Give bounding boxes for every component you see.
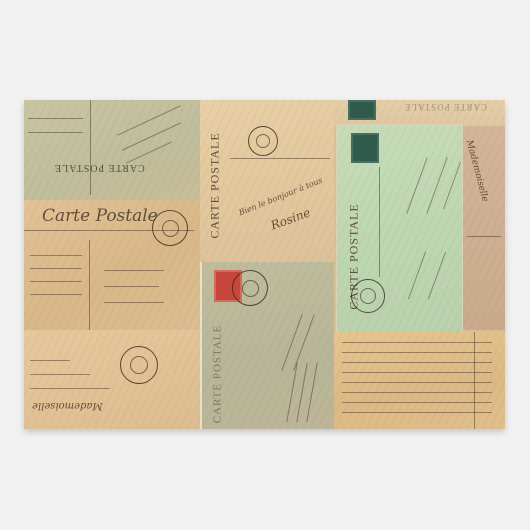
handwriting-line bbox=[30, 374, 90, 375]
postcard-title: CARTE POSTALE bbox=[208, 132, 223, 238]
handwriting-line bbox=[342, 362, 492, 363]
postcard-middle-left: Carte Postale bbox=[24, 200, 200, 330]
postmark-icon bbox=[120, 346, 158, 384]
wrapping-paper-sheet: CARTE POSTALE Carte Postale Mademoiselle… bbox=[24, 100, 505, 429]
divider-line bbox=[24, 230, 194, 231]
handwriting-line bbox=[408, 252, 426, 299]
postcard-title: CARTE POSTALE bbox=[54, 162, 145, 173]
handwriting-line bbox=[306, 363, 317, 422]
handwriting-line bbox=[30, 360, 70, 361]
handwriting-line bbox=[296, 363, 307, 422]
handwriting-line bbox=[342, 402, 492, 403]
handwriting-line bbox=[406, 157, 427, 214]
postcard-message: Bien le bonjour à tous bbox=[238, 176, 324, 218]
handwriting-line bbox=[342, 342, 492, 343]
divider-line bbox=[230, 158, 330, 159]
green-stamp-icon bbox=[351, 133, 379, 163]
handwriting-line bbox=[104, 270, 164, 271]
handwriting-line bbox=[342, 412, 492, 413]
handwriting-line bbox=[342, 382, 492, 383]
handwriting-line bbox=[30, 294, 82, 295]
handwriting-line bbox=[281, 314, 302, 371]
postcard-title: CARTE POSTALE bbox=[211, 325, 223, 424]
handwriting-line bbox=[28, 132, 83, 133]
postcard-title: CARTE POSTALE bbox=[404, 102, 487, 112]
postcard-center-bottom: CARTE POSTALE bbox=[200, 262, 334, 429]
handwriting-line bbox=[342, 372, 492, 373]
green-stamp-icon bbox=[348, 100, 376, 120]
postcard-title: Carte Postale bbox=[42, 206, 158, 226]
postcard-script: Mademoiselle bbox=[464, 139, 490, 203]
postcard-right-edge: Mademoiselle bbox=[463, 126, 505, 330]
postmark-icon bbox=[351, 279, 385, 313]
handwriting-line bbox=[428, 252, 446, 299]
handwriting-line bbox=[30, 255, 82, 256]
handwriting-line bbox=[117, 105, 181, 135]
handwriting-line bbox=[342, 392, 492, 393]
divider-line bbox=[89, 240, 90, 330]
handwriting-line bbox=[443, 162, 461, 209]
postcard-bottom-right bbox=[334, 332, 505, 429]
postmark-icon bbox=[248, 126, 278, 156]
handwriting-line bbox=[28, 118, 83, 119]
postmark-icon bbox=[152, 210, 188, 246]
postcard-script: Mademoiselle bbox=[32, 400, 103, 411]
handwriting-line bbox=[30, 281, 82, 282]
postmark-icon bbox=[232, 270, 268, 306]
handwriting-line bbox=[342, 352, 492, 353]
divider-line bbox=[379, 167, 380, 277]
handwriting-line bbox=[122, 122, 181, 150]
divider-line bbox=[474, 332, 475, 429]
divider-line bbox=[467, 236, 501, 237]
handwriting-line bbox=[30, 268, 82, 269]
postcard-right-green: CARTE POSTALE bbox=[336, 124, 463, 334]
postcard-top-right: CARTE POSTALE bbox=[334, 100, 505, 126]
divider-line bbox=[90, 100, 91, 195]
handwriting-line bbox=[286, 363, 297, 422]
postcard-signature: Rosine bbox=[269, 205, 312, 232]
postcard-top-left: CARTE POSTALE bbox=[24, 100, 200, 200]
postcard-center-top: CARTE POSTALE Bien le bonjour à tous Ros… bbox=[200, 100, 334, 262]
handwriting-line bbox=[104, 286, 159, 287]
handwriting-line bbox=[104, 302, 164, 303]
handwriting-line bbox=[30, 388, 110, 389]
postcard-bottom-left: Mademoiselle bbox=[24, 330, 200, 429]
